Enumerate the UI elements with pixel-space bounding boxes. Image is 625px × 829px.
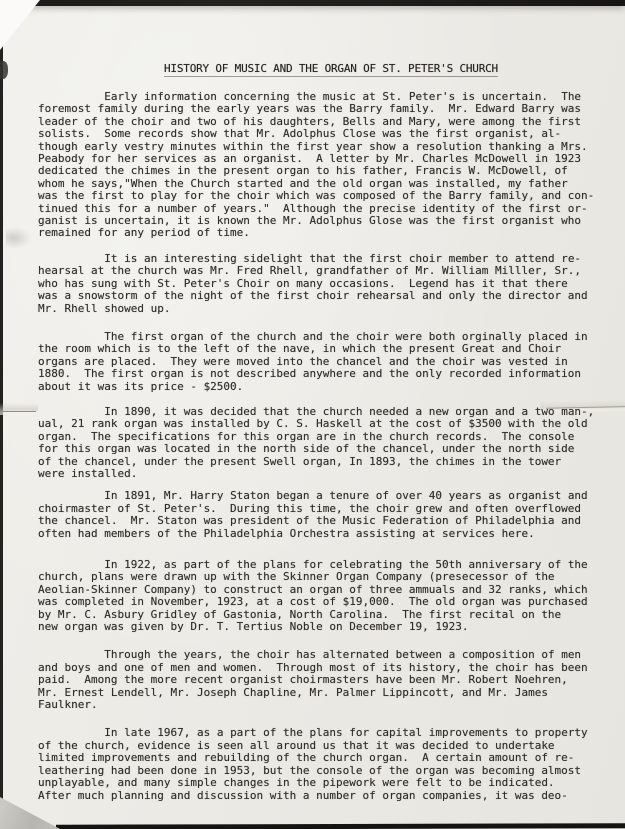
paragraph: It is an interesting sidelight that the … (38, 253, 604, 315)
paragraph: The first organ of the church and the ch… (38, 331, 604, 393)
paragraph: In 1890, it was decided that the church … (38, 406, 604, 480)
paragraph: In late 1967, as a part of the plans for… (38, 727, 604, 801)
paragraph: Through the years, the choir has alterna… (38, 649, 604, 711)
document-title: HISTORY OF MUSIC AND THE ORGAN OF ST. PE… (48, 62, 614, 75)
paragraph: Early information concerning the music a… (38, 91, 604, 240)
paragraph: In 1922, as part of the plans for celebr… (38, 559, 604, 633)
fold-crease-left (0, 403, 38, 415)
folded-corner-top-left (0, 0, 40, 50)
paper-smudge-left-edge (6, 227, 32, 249)
ink-smudge-left-edge (0, 61, 8, 79)
document-title-text: HISTORY OF MUSIC AND THE ORGAN OF ST. PE… (164, 62, 498, 77)
document-content: HISTORY OF MUSIC AND THE ORGAN OF ST. PE… (38, 0, 604, 802)
scan-edge-bottom (56, 823, 625, 829)
paragraph: In 1891, Mr. Harry Staton began a tenure… (38, 490, 604, 540)
scan-edge-left (0, 4, 3, 829)
scanned-page: HISTORY OF MUSIC AND THE ORGAN OF ST. PE… (0, 0, 625, 829)
document-body: Early information concerning the music a… (38, 91, 604, 802)
